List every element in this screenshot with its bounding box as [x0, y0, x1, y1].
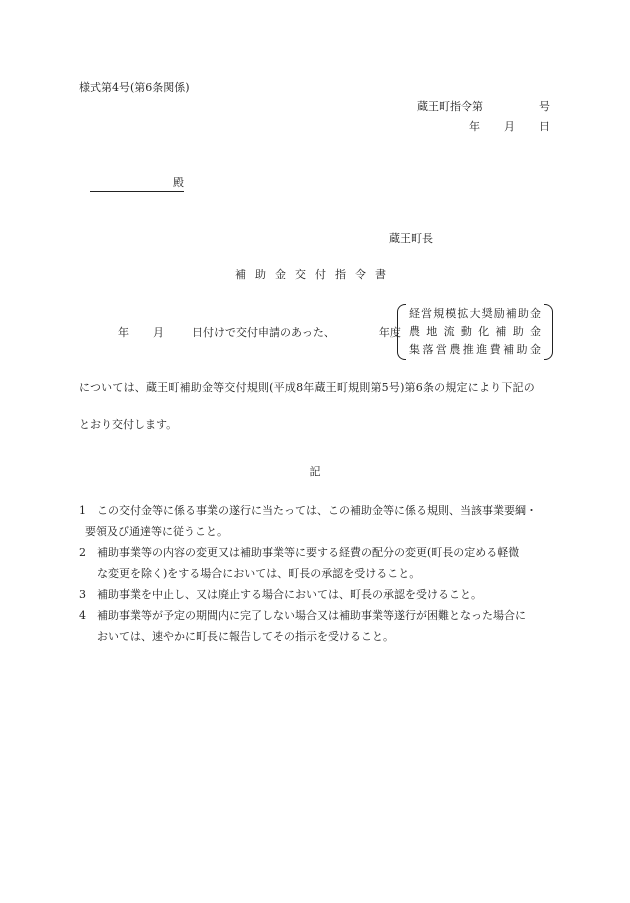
- document-title: 補助金交付指令書: [0, 266, 630, 282]
- clause-text: 補助事業等の内容の変更又は補助事業等に要する経費の配分の変更(町長の定める軽微: [97, 546, 519, 559]
- date-day: 日: [539, 118, 550, 134]
- clause-item: 1この交付金等に係る事業の遂行に当たっては、この補助金等に係る規則、当該事業要綱…: [79, 500, 554, 542]
- body-text-line2: とおり交付します。: [79, 416, 177, 432]
- clause-text-cont: おいては、速やかに町長に報告してその指示を受けること。: [79, 626, 554, 647]
- clause-number: 1: [79, 500, 97, 521]
- grant-option: 農地流動化補助金: [409, 323, 541, 341]
- grant-option: 集落営農推進費補助金: [409, 341, 541, 359]
- left-paren: [397, 304, 406, 360]
- application-year: 年: [118, 324, 129, 340]
- application-text: 日付けで交付申請のあった、: [192, 324, 335, 340]
- clause-item: 4補助事業等が予定の期間内に完了しない場合又は補助事業等遂行が困難となった場合に…: [79, 605, 554, 647]
- addressee-field: 殿: [90, 174, 184, 192]
- clause-text: 補助事業を中止し、又は廃止する場合においては、町長の承認を受けること。: [97, 588, 482, 601]
- issue-date: 年 月 日: [469, 118, 550, 134]
- body-text-line1: については、蔵王町補助金等交付規則(平成8年蔵王町規則第5号)第6条の規定により…: [79, 379, 535, 395]
- grant-option: 経営規模拡大奨励補助金: [409, 305, 541, 323]
- grant-options-bracket: 経営規模拡大奨励補助金 農地流動化補助金 集落営農推進費補助金: [397, 302, 553, 358]
- clause-item: 2補助事業等の内容の変更又は補助事業等に要する経費の配分の変更(町長の定める軽微…: [79, 542, 554, 584]
- clause-text: この交付金等に係る事業の遂行に当たっては、この補助金等に係る規則、当該事業要綱・: [97, 504, 537, 517]
- form-number: 様式第4号(第6条関係): [79, 79, 190, 95]
- order-prefix: 蔵王町指令第: [417, 98, 483, 114]
- clause-number: 4: [79, 605, 97, 626]
- date-year: 年: [469, 118, 480, 134]
- date-month: 月: [504, 118, 515, 134]
- clause-text-cont: 要領及び通達等に従うこと。: [79, 521, 554, 542]
- ki-heading: 記: [0, 463, 630, 479]
- clause-number: 3: [79, 584, 97, 605]
- order-suffix: 号: [539, 98, 550, 114]
- clause-text-cont: な変更を除く)をする場合においては、町長の承認を受けること。: [79, 563, 554, 584]
- application-month: 月: [153, 324, 164, 340]
- clause-item: 3補助事業を中止し、又は廃止する場合においては、町長の承認を受けること。: [79, 584, 554, 605]
- clause-number: 2: [79, 542, 97, 563]
- issuer: 蔵王町長: [389, 230, 433, 246]
- right-paren: [544, 304, 553, 360]
- order-number: 蔵王町指令第 号: [417, 98, 550, 114]
- addressee-honorific: 殿: [173, 176, 184, 189]
- clause-text: 補助事業等が予定の期間内に完了しない場合又は補助事業等遂行が困難となった場合に: [97, 609, 526, 622]
- application-line: 年 月 日付けで交付申請のあった、 年度: [118, 324, 401, 340]
